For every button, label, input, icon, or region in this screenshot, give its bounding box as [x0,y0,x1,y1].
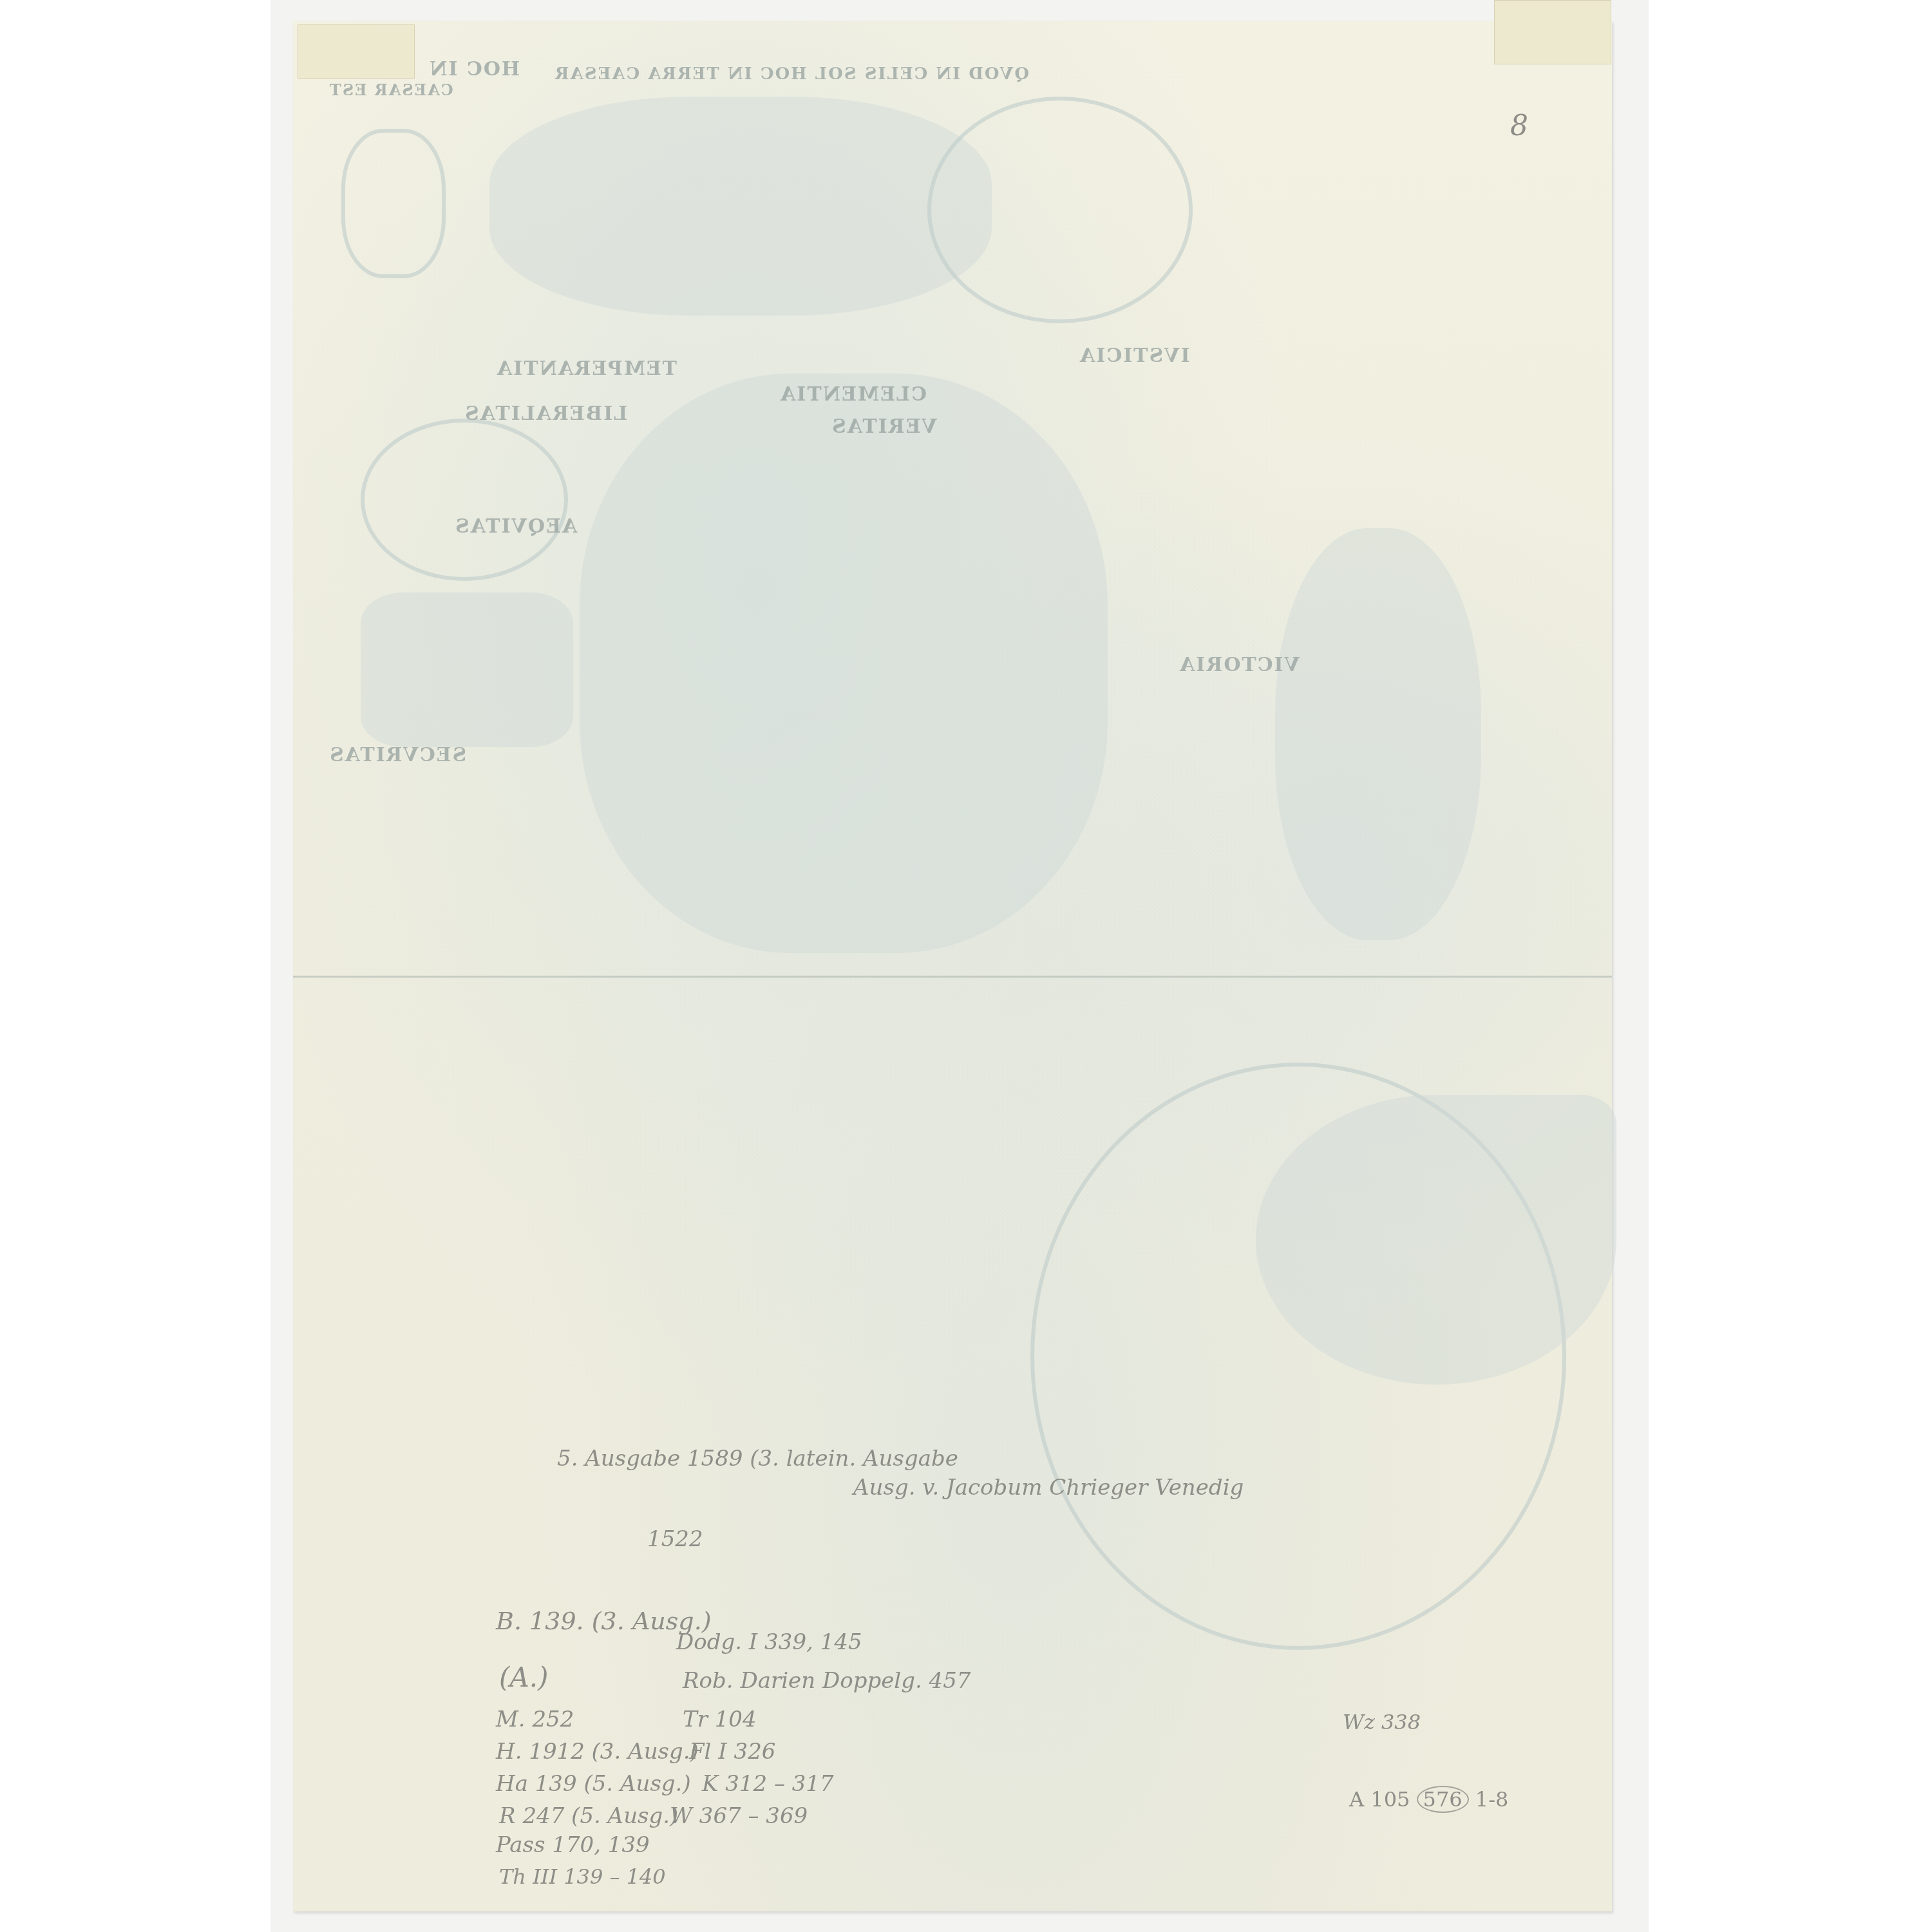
show-through-shield [361,592,573,747]
reversed-label-liberalitas: LIBERALITAS [464,402,627,425]
ref-left-7: Th III 139 – 140 [499,1864,666,1889]
reversed-inscription-top: QVOD IN CELIS SOL HOC IN TERRA CAESAR [554,64,1029,84]
show-through-cornucopia [1275,528,1481,940]
ref-left-1: (A.) [499,1662,548,1693]
inventory-number: A 105 576 1-8 [1349,1787,1508,1812]
fold-crease [293,976,1612,978]
ref-right-5: W 367 – 369 [670,1803,808,1829]
inventory-prefix: A 105 [1349,1787,1410,1812]
show-through-figures [580,374,1108,953]
edition-note-line-2: Ausg. v. Jacobum Chrieger Venedig [853,1475,1244,1501]
reversed-label-hoc-in: HOC IN [428,58,520,80]
ref-right-0: Dodg. I 339, 145 [676,1629,862,1655]
date-note: 1522 [647,1526,703,1552]
show-through-cartouche [489,97,992,316]
show-through-medallion [341,129,446,278]
show-through-eagle-wing [1256,1095,1616,1385]
ref-right-3: Fl I 326 [689,1739,775,1765]
inventory-suffix: 1-8 [1475,1787,1509,1812]
reversed-label-clementia: CLEMENTIA [779,383,927,406]
reversed-label-iusticia: IVSTICIA [1079,345,1190,367]
reversed-label-victoria: VICTORIA [1179,654,1300,676]
reversed-label-aequitas: AEQVITAS [454,515,577,538]
hinge-tape-top-left [298,24,415,79]
reversed-label-veritas: VERITAS [831,415,937,438]
inventory-circled-number: 576 [1417,1786,1469,1813]
ref-right-1: Rob. Darien Doppelg. 457 [683,1668,971,1694]
show-through-scroll [927,97,1193,323]
show-through-wreath [361,419,568,581]
ref-left-5: R 247 (5. Ausg.) [499,1803,678,1829]
ref-right-4: K 312 – 317 [702,1771,834,1797]
page-number: 8 [1510,109,1528,142]
reversed-label-caesar-est: CAESAR EST [328,80,453,99]
reversed-label-securitas: SECVRITAS [328,744,466,766]
ref-right-2: Tr 104 [683,1707,757,1732]
hinge-tape-top-right [1494,0,1611,64]
reversed-label-temperantia: TEMPERANTIA [496,357,677,380]
ref-left-4: Ha 139 (5. Ausg.) [496,1771,691,1797]
paper-sheet [293,21,1612,1911]
ref-left-3: H. 1912 (3. Ausg.) [496,1739,699,1765]
ref-left-6: Pass 170, 139 [496,1832,650,1858]
ref-left-2: M. 252 [496,1707,574,1732]
watermark-reference: Wz 338 [1343,1710,1421,1734]
edition-note-line-1: 5. Ausgabe 1589 (3. latein. Ausgabe [557,1446,958,1472]
